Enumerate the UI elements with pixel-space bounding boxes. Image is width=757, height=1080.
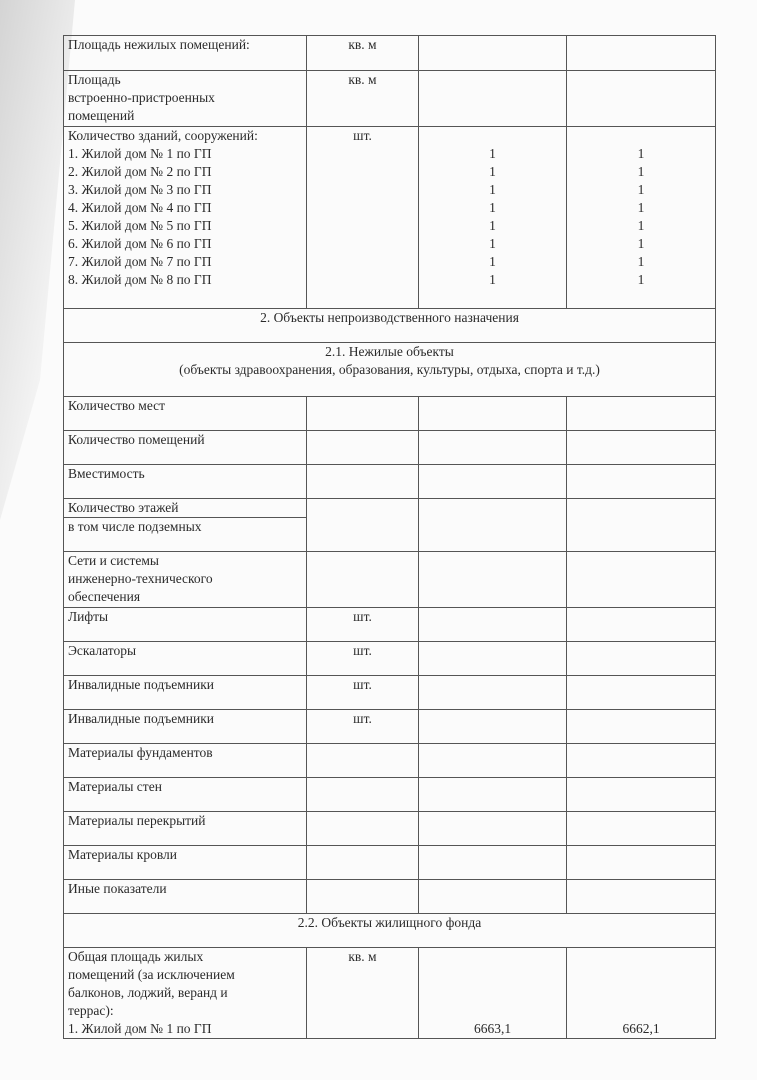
count-value: 1	[571, 235, 711, 253]
value-cell: 11111111	[567, 127, 716, 309]
table-row: Количество мест	[64, 397, 716, 431]
unit-cell: кв. м	[307, 948, 419, 1039]
count-value: 1	[423, 235, 562, 253]
count-value: 1	[571, 217, 711, 235]
value-cell	[567, 552, 716, 608]
row-label: Инвалидные подъемники	[64, 676, 307, 710]
table-row: Материалы фундаментов	[64, 744, 716, 778]
value-cell	[419, 812, 567, 846]
value-cell	[419, 608, 567, 642]
table-row: Площадьвстроенно-пристроенныхпомещенийкв…	[64, 71, 716, 127]
text-line: 2. Жилой дом № 2 по ГП	[68, 163, 302, 181]
count-value: 1	[571, 163, 711, 181]
section-title: 2. Объекты непроизводственного назначени…	[64, 309, 716, 343]
row-label: в том числе подземных	[64, 518, 307, 552]
row-label: Количество помещений	[64, 431, 307, 465]
text-line: Площадь нежилых помещений:	[68, 36, 302, 54]
unit-cell	[307, 465, 419, 499]
row-label: Материалы фундаментов	[64, 744, 307, 778]
table-row: Лифтышт.	[64, 608, 716, 642]
table-row: Инвалидные подъемникишт.	[64, 710, 716, 744]
text-line: 5. Жилой дом № 5 по ГП	[68, 217, 302, 235]
specs-table: Площадь нежилых помещений:кв. мПлощадьвс…	[63, 35, 716, 1039]
value-cell	[567, 880, 716, 914]
row-label: Материалы стен	[64, 778, 307, 812]
value-cell	[419, 846, 567, 880]
value-cell	[419, 431, 567, 465]
value-cell	[567, 642, 716, 676]
value-cell	[419, 778, 567, 812]
table-row: Количество этажей	[64, 499, 716, 518]
count-value: 1	[571, 199, 711, 217]
value-cell	[419, 710, 567, 744]
table-row: Иные показатели	[64, 880, 716, 914]
count-value: 1	[423, 181, 562, 199]
unit-cell	[307, 778, 419, 812]
text-line: террас):	[68, 1002, 302, 1020]
count-value: 1	[571, 181, 711, 199]
value-cell	[567, 499, 716, 552]
unit-cell: кв. м	[307, 71, 419, 127]
unit-cell	[307, 499, 419, 552]
unit-cell	[307, 812, 419, 846]
table-row: Вместимость	[64, 465, 716, 499]
count-value: 1	[423, 145, 562, 163]
buildings-row: Количество зданий, сооружений:1. Жилой д…	[64, 127, 716, 309]
text-line: 1. Жилой дом № 1 по ГП	[68, 1020, 302, 1038]
table-row: Инвалидные подъемникишт.	[64, 676, 716, 710]
value-cell	[419, 499, 567, 552]
row-label: Вместимость	[64, 465, 307, 499]
unit-cell: шт.	[307, 710, 419, 744]
value-cell: 11111111	[419, 127, 567, 309]
table-row: Площадь нежилых помещений:кв. м	[64, 36, 716, 71]
value-cell	[567, 608, 716, 642]
text-line: Количество зданий, сооружений:	[68, 127, 302, 145]
unit-cell: кв. м	[307, 36, 419, 71]
count-value: 1	[423, 163, 562, 181]
row-label: Сети и системыинженерно-техническогообес…	[64, 552, 307, 608]
count-value	[423, 127, 562, 145]
section-row: 2.2. Объекты жилищного фонда	[64, 914, 716, 948]
unit-cell	[307, 397, 419, 431]
text-line: обеспечения	[68, 588, 302, 606]
section-title: 2.1. Нежилые объекты(объекты здравоохран…	[64, 343, 716, 397]
table-row: Материалы кровли	[64, 846, 716, 880]
value-cell	[567, 710, 716, 744]
unit-cell: шт.	[307, 608, 419, 642]
table-row: Количество помещений	[64, 431, 716, 465]
text-line: 1. Жилой дом № 1 по ГП	[68, 145, 302, 163]
text-line: 4. Жилой дом № 4 по ГП	[68, 199, 302, 217]
value-cell	[419, 676, 567, 710]
text-line: 7. Жилой дом № 7 по ГП	[68, 253, 302, 271]
unit-cell: шт.	[307, 642, 419, 676]
count-value: 1	[571, 271, 711, 289]
count-value: 1	[423, 271, 562, 289]
value-cell	[419, 397, 567, 431]
unit-cell	[307, 744, 419, 778]
value-cell	[419, 744, 567, 778]
text-line: встроенно-пристроенных	[68, 89, 302, 107]
value-cell	[419, 465, 567, 499]
count-value: 1	[571, 253, 711, 271]
table-row: Общая площадь жилыхпомещений (за исключе…	[64, 948, 716, 1039]
row-label: Площадьвстроенно-пристроенныхпомещений	[64, 71, 307, 127]
row-label: Материалы кровли	[64, 846, 307, 880]
text-line: балконов, лоджий, веранд и	[68, 984, 302, 1002]
count-value: 1	[423, 217, 562, 235]
value-cell	[567, 778, 716, 812]
row-label: Материалы перекрытий	[64, 812, 307, 846]
value-cell	[567, 431, 716, 465]
value-cell	[419, 642, 567, 676]
text-line: 3. Жилой дом № 3 по ГП	[68, 181, 302, 199]
count-value: 1	[571, 145, 711, 163]
text-line: Площадь	[68, 71, 302, 89]
section-row: 2. Объекты непроизводственного назначени…	[64, 309, 716, 343]
count-value: 1	[423, 199, 562, 217]
unit-cell	[307, 846, 419, 880]
row-label: Лифты	[64, 608, 307, 642]
text-line: Общая площадь жилых	[68, 948, 302, 966]
unit-cell	[307, 431, 419, 465]
value-cell	[567, 846, 716, 880]
value-cell	[567, 36, 716, 71]
text-line: помещений	[68, 107, 302, 125]
count-value: 1	[423, 253, 562, 271]
row-label: Инвалидные подъемники	[64, 710, 307, 744]
value-cell	[419, 71, 567, 127]
text-line: 8. Жилой дом № 8 по ГП	[68, 271, 302, 289]
text-line: Сети и системы	[68, 552, 302, 570]
value-cell	[419, 36, 567, 71]
text-line: 6. Жилой дом № 6 по ГП	[68, 235, 302, 253]
row-label: Количество этажей	[64, 499, 307, 518]
row-label: Количество мест	[64, 397, 307, 431]
section-row: 2.1. Нежилые объекты(объекты здравоохран…	[64, 343, 716, 397]
unit-cell	[307, 552, 419, 608]
value-cell	[419, 552, 567, 608]
text-line: 2.1. Нежилые объекты	[68, 343, 711, 361]
value-cell	[567, 465, 716, 499]
text-line: помещений (за исключением	[68, 966, 302, 984]
unit-cell	[307, 880, 419, 914]
value-cell	[567, 744, 716, 778]
count-value	[571, 127, 711, 145]
unit-cell: шт.	[307, 127, 419, 309]
value-cell: 6662,1	[567, 948, 716, 1039]
value-cell	[567, 676, 716, 710]
value-cell	[567, 397, 716, 431]
row-label: Площадь нежилых помещений:	[64, 36, 307, 71]
value-cell	[567, 71, 716, 127]
row-label: Общая площадь жилыхпомещений (за исключе…	[64, 948, 307, 1039]
text-line: инженерно-технического	[68, 570, 302, 588]
row-label: Эскалаторы	[64, 642, 307, 676]
row-label: Иные показатели	[64, 880, 307, 914]
buildings-label: Количество зданий, сооружений:1. Жилой д…	[64, 127, 307, 309]
section-title: 2.2. Объекты жилищного фонда	[64, 914, 716, 948]
table-row: Материалы перекрытий	[64, 812, 716, 846]
unit-cell: шт.	[307, 676, 419, 710]
table-row: Эскалаторышт.	[64, 642, 716, 676]
value-cell	[419, 880, 567, 914]
value-cell: 6663,1	[419, 948, 567, 1039]
text-line: (объекты здравоохранения, образования, к…	[68, 361, 711, 379]
table-row: Материалы стен	[64, 778, 716, 812]
value-cell	[567, 812, 716, 846]
table-row: Сети и системыинженерно-техническогообес…	[64, 552, 716, 608]
